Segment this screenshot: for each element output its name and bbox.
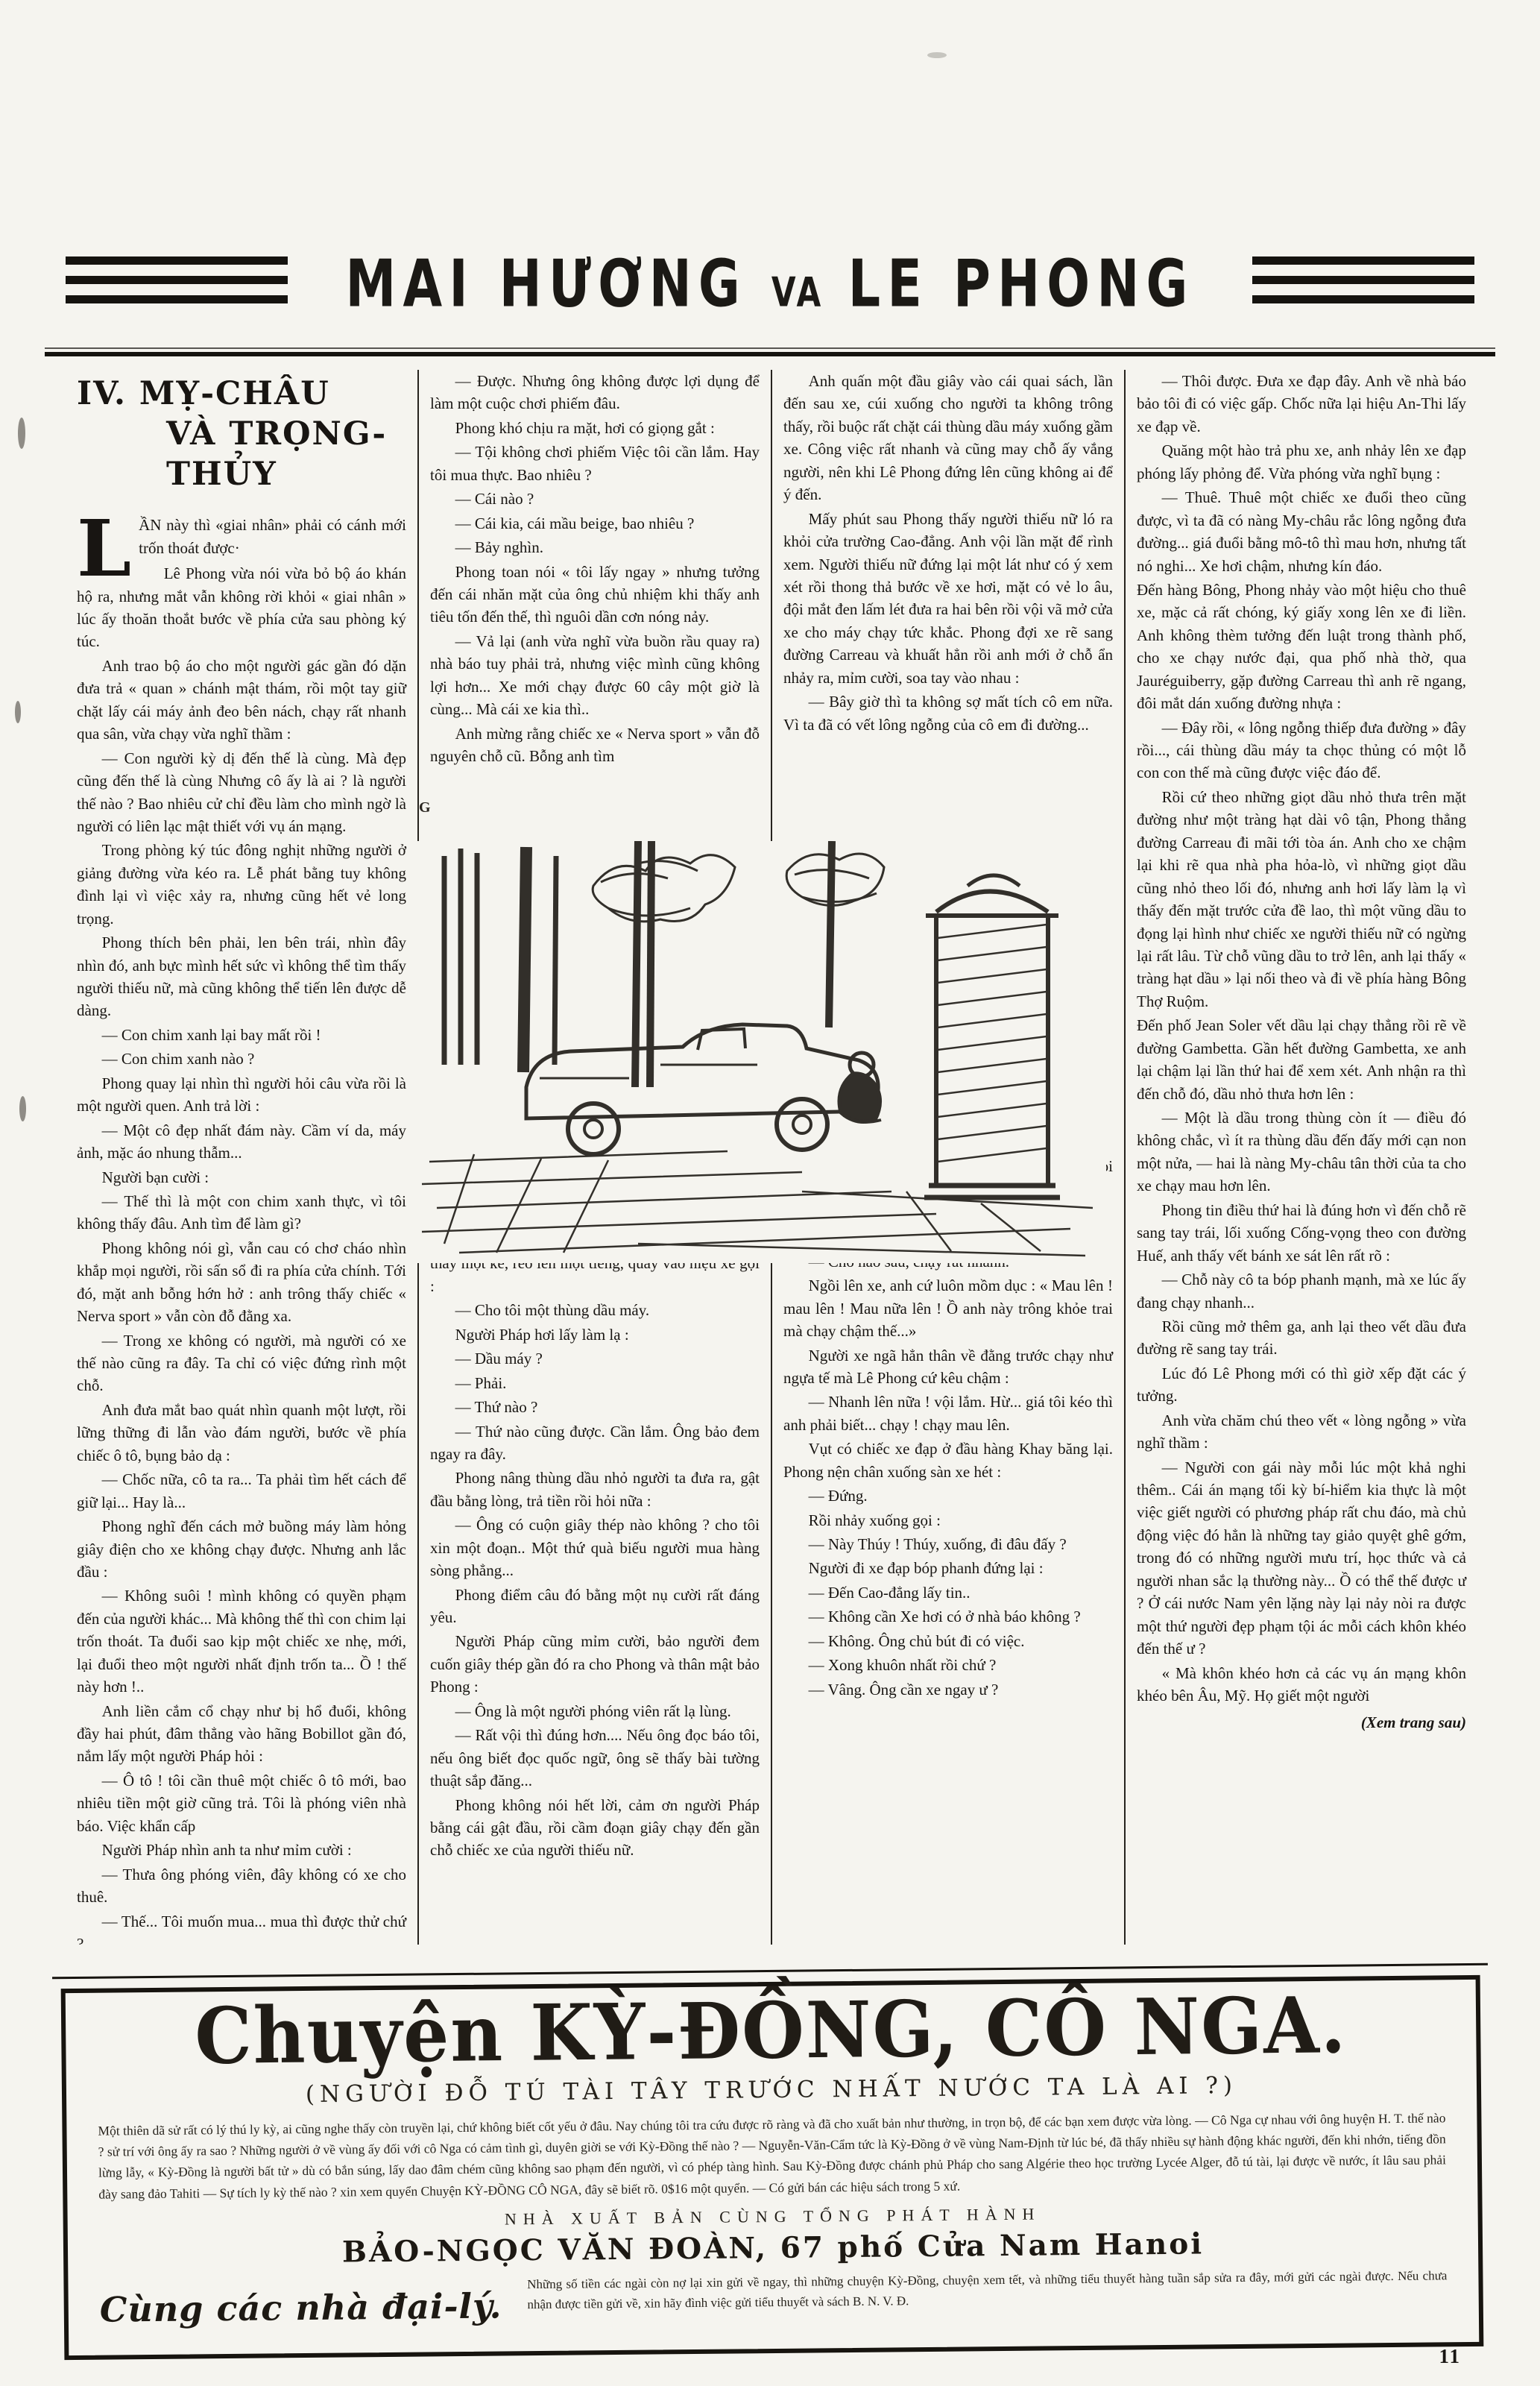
ad-bottom-row: Cùng các nhà đại-lý. Những số tiền các n… <box>99 2266 1448 2329</box>
scan-artifact <box>927 52 947 58</box>
story-paragraph: Quăng một hào trả phu xe, anh nhảy lên x… <box>1137 439 1466 485</box>
story-paragraph: — Bây giờ thì ta không sợ mất tích cô em… <box>783 690 1113 736</box>
masthead-rule-left <box>66 256 288 312</box>
story-paragraph: — Thứ nào cũng được. Cần lắm. Ông bảo đe… <box>430 1420 760 1466</box>
crouching-figure <box>839 1053 881 1122</box>
story-paragraph: — Cho tôi một thùng dầu máy. <box>430 1299 760 1321</box>
story-paragraph: Phong không nói gì, vẫn cau có chơ cháo … <box>77 1237 406 1328</box>
story-paragraph: — Ông có cuộn giây thép nào không ? cho … <box>430 1514 760 1581</box>
column-2-bottom-text: thấy một kẻ, rèo lên một tiếng, quay vào… <box>430 1252 760 1861</box>
fence-bars <box>444 847 556 1072</box>
page-title: MAI HƯƠNG VA LE PHONG <box>345 246 1194 321</box>
story-illustration: G <box>414 841 1106 1263</box>
story-paragraph: — Dầu máy ? <box>430 1347 760 1370</box>
story-paragraph: Anh vừa chăm chú theo vết « lòng ngỗng »… <box>1137 1409 1466 1455</box>
story-paragraph: Rồi nhảy xuống gọi : <box>783 1509 1113 1532</box>
story-paragraph: Anh quấn một đầu giây vào cái quai sách,… <box>783 370 1113 506</box>
story-paragraph: — Rất vội thì đúng hơn.... Nếu ông đọc b… <box>430 1724 760 1792</box>
story-paragraph: — Xong khuôn nhất rồi chứ ? <box>783 1654 1113 1676</box>
story-paragraph: — Không suôi ! mình không có quyền phạm … <box>77 1584 406 1698</box>
story-paragraph: — Thế thì là một con chim xanh thực, vì … <box>77 1190 406 1236</box>
story-paragraph: Anh trao bộ áo cho một người gác gần đó … <box>77 655 406 746</box>
story-column-1: IV. MỴ-CHÂU VÀ TRỌNG-THỦY L ẦN này thì «… <box>66 370 419 1945</box>
story-paragraph: Phong khó chịu ra mặt, hơi có giọng gắt … <box>430 417 760 439</box>
chapter-heading-line1: IV. MỴ-CHÂU <box>77 375 330 412</box>
story-paragraph: Anh mừng rằng chiếc xe « Nerva sport » v… <box>430 723 760 768</box>
story-paragraph: Người xe ngã hẳn thân về đằng trước chạy… <box>783 1344 1113 1390</box>
story-paragraph: — Ông là một người phóng viên rất lạ lùn… <box>430 1700 760 1722</box>
story-paragraph: — Thuê. Thuê một chiếc xe đuổi theo cũng… <box>1137 486 1466 577</box>
story-paragraph: — Một là dầu trong thùng còn ít — điều đ… <box>1137 1107 1466 1197</box>
story-paragraph: — Đến Cao-đẳng lấy tin.. <box>783 1581 1113 1604</box>
story-paragraph: Mấy phút sau Phong thấy người thiếu nữ l… <box>783 508 1113 690</box>
page-number: 11 <box>1439 2345 1461 2368</box>
story-paragraph: — Bảy nghìn. <box>430 536 760 558</box>
ad-body-text: Một thiên dã sử rất có lý thú ly kỳ, ai … <box>98 2107 1446 2205</box>
story-column-4: — Thôi được. Đưa xe đạp đây. Anh về nhà … <box>1126 370 1477 1945</box>
street-scene-drawing <box>414 841 1106 1263</box>
column-3-top-text: Anh quấn một đầu giây vào cái quai sách,… <box>783 370 1113 736</box>
story-paragraph: Phong tin điều thứ hai là đúng hơn vì đế… <box>1137 1199 1466 1267</box>
story-paragraph: — Con chim xanh nào ? <box>77 1048 406 1070</box>
column-2-top-text: — Được. Nhưng ông không được lợi dụng để… <box>430 370 760 767</box>
ground-hatching <box>422 1151 1093 1256</box>
scan-artifact <box>19 1096 26 1121</box>
story-paragraph: — Vâng. Ông cần xe ngay ư ? <box>783 1678 1113 1701</box>
scan-artifact <box>15 701 21 723</box>
story-paragraph: — Thưa ông phóng viên, đây không có xe c… <box>77 1863 406 1909</box>
story-paragraph: — Một cô đẹp nhất đám này. Cầm ví da, má… <box>77 1119 406 1165</box>
advertising-column <box>924 875 1060 1197</box>
ad-payment-note: Những số tiền các ngài còn nợ lại xin gử… <box>527 2266 1448 2314</box>
opening-text: ẦN này thì «giai nhân» phải có cánh mới … <box>139 516 406 556</box>
story-paragraph: Phong nghĩ đến cách mở buồng máy làm hỏn… <box>77 1515 406 1583</box>
car <box>526 1024 878 1154</box>
story-paragraph: Người Pháp hơi lấy làm lạ : <box>430 1323 760 1346</box>
title-part-left: MAI HƯƠNG <box>345 246 746 321</box>
story-paragraph: — Cái kia, cái mầu beige, bao nhiêu ? <box>430 512 760 535</box>
story-paragraph: Lúc đó Lê Phong mới có thì giờ xếp đặt c… <box>1137 1362 1466 1408</box>
story-paragraph: Phong không nói hết lời, cảm ơn người Ph… <box>430 1794 760 1862</box>
story-paragraph: Ngồi lên xe, anh cứ luôn mồm dục : « Mau… <box>783 1274 1113 1342</box>
story-paragraph: Rồi cũng mở thêm ga, anh lại theo vết dầ… <box>1137 1315 1466 1361</box>
story-paragraph: Vụt có chiếc xe đạp ở đầu hàng Khay băng… <box>783 1438 1113 1483</box>
advertisement: Chuyện KỲ-ĐỒNG, CÔ NGA. (NGƯỜI ĐỖ TÚ TÀI… <box>61 1975 1484 2360</box>
chapter-heading-line2: VÀ TRỌNG-THỦY <box>166 415 406 495</box>
story-paragraph: — Thế... Tôi muốn mua... mua thì được th… <box>77 1910 406 1945</box>
story-paragraph: Người bạn cười : <box>77 1166 406 1189</box>
story-paragraph: — Đứng. <box>783 1485 1113 1507</box>
ad-title: Chuyện KỲ-ĐỒNG, CÔ NGA. <box>97 1984 1445 2078</box>
opening-paragraph: L ẦN này thì «giai nhân» phải có cánh mớ… <box>77 514 406 559</box>
story-paragraph: Phong toan nói « tôi lấy ngay » nhưng tư… <box>430 561 760 629</box>
newspaper-page: MAI HƯƠNG VA LE PHONG IV. MỴ-CHÂU VÀ TRỌ… <box>0 0 1540 2386</box>
story-paragraph: Rồi cứ theo những giọt dầu nhỏ thưa trên… <box>1137 786 1466 1013</box>
story-paragraph: Phong quay lại nhìn thì người hỏi câu vừ… <box>77 1072 406 1118</box>
story-paragraph: Anh đưa mắt bao quát nhìn quanh một lượt… <box>77 1399 406 1467</box>
ad-publisher-name: BẢO-NGỌC VĂN ĐOÀN, 67 phố Cửa Nam Hanoi <box>99 2224 1447 2271</box>
masthead-rule-right <box>1252 256 1474 312</box>
story-paragraph: — Con người kỳ dị đến thế là cùng. Mà đẹ… <box>77 747 406 838</box>
story-paragraph: Phong điểm câu đó bằng một nụ cười rất đ… <box>430 1584 760 1629</box>
story-paragraph: Phong nâng thùng dầu nhỏ người ta đưa ra… <box>430 1467 760 1512</box>
story-paragraph: Người Pháp cũng mỉm cười, bảo người đem … <box>430 1630 760 1698</box>
story-paragraph: — Không cần Xe hơi có ở nhà báo không ? <box>783 1605 1113 1628</box>
story-paragraph: — Nhanh lên nữa ! vội lắm. Hừ... giá tôi… <box>783 1391 1113 1436</box>
story-paragraph: Anh liền cắm cổ chạy như bị hổ đuổi, khô… <box>77 1700 406 1768</box>
story-paragraph: — Thứ nào ? <box>430 1396 760 1418</box>
story-paragraph: — Con chim xanh lại bay mất rồi ! <box>77 1024 406 1046</box>
title-part-va: VA <box>771 268 824 316</box>
story-paragraph: Phong thích bên phải, len bên trái, nhìn… <box>77 931 406 1022</box>
story-paragraph: — Đây rồi, « lông ngỗng thiếp đưa đường … <box>1137 717 1466 784</box>
masthead-divider-thin <box>45 347 1495 349</box>
chapter-heading: IV. MỴ-CHÂU VÀ TRỌNG-THỦY <box>77 374 406 494</box>
story-paragraph: — Này Thúy ! Thúy, xuống, đi đâu đấy ? <box>783 1533 1113 1555</box>
title-part-right: LE PHONG <box>848 246 1195 321</box>
story-paragraph: Người đi xe đạp bóp phanh đứng lại : <box>783 1557 1113 1579</box>
masthead: MAI HƯƠNG VA LE PHONG <box>66 252 1474 316</box>
story-paragraph: Đến phố Jean Soler vết dầu lại chạy thẳn… <box>1137 1014 1466 1105</box>
masthead-divider <box>45 352 1495 356</box>
story-paragraph: — Người con gái này mỗi lúc một khả nghi… <box>1137 1456 1466 1661</box>
column-1-text: Lê Phong vừa nói vừa bỏ bộ áo khán hộ ra… <box>77 562 406 1945</box>
story-paragraph: — Tội không chơi phiếm Việc tôi cần lắm.… <box>430 441 760 486</box>
scan-artifact <box>18 418 25 449</box>
story-paragraph: — Trong xe không có người, mà người có x… <box>77 1329 406 1397</box>
story-paragraph: — Chốc nữa, cô ta ra... Ta phải tìm hết … <box>77 1468 406 1514</box>
story-paragraph: — Vả lại (anh vừa nghĩ vừa buồn rầu quay… <box>430 630 760 721</box>
story-paragraph: — Ô tô ! tôi cần thuê một chiếc ô tô mới… <box>77 1769 406 1837</box>
continuation-note: (Xem trang sau) <box>1137 1711 1466 1734</box>
story-paragraph: « Mà khôn khéo hơn cả các vụ án mạng khô… <box>1137 1662 1466 1707</box>
story-paragraph: Người Pháp nhìn anh ta như mỉm cười : <box>77 1839 406 1861</box>
story-paragraph: — Chỗ này cô ta bóp phanh mạnh, mà xe lú… <box>1137 1268 1466 1314</box>
story-paragraph: — Không. Ông chủ bút đi có việc. <box>783 1630 1113 1652</box>
drop-cap: L <box>77 514 139 579</box>
story-paragraph: — Được. Nhưng ông không được lợi dụng để… <box>430 370 760 415</box>
engraver-mark: G <box>419 799 431 816</box>
column-4-text: — Thôi được. Đưa xe đạp đây. Anh về nhà … <box>1137 370 1466 1707</box>
story-paragraph: — Phải. <box>430 1372 760 1394</box>
story-paragraph: Trong phòng ký túc đông nghịt những ngườ… <box>77 839 406 930</box>
ad-agents-line: Cùng các nhà đại-lý. <box>99 2276 502 2330</box>
story-paragraph: — Cái nào ? <box>430 488 760 510</box>
story-paragraph: Đến hàng Bông, Phong nhảy vào một hiệu c… <box>1137 579 1466 715</box>
story-paragraph: — Thôi được. Đưa xe đạp đây. Anh về nhà … <box>1137 370 1466 438</box>
